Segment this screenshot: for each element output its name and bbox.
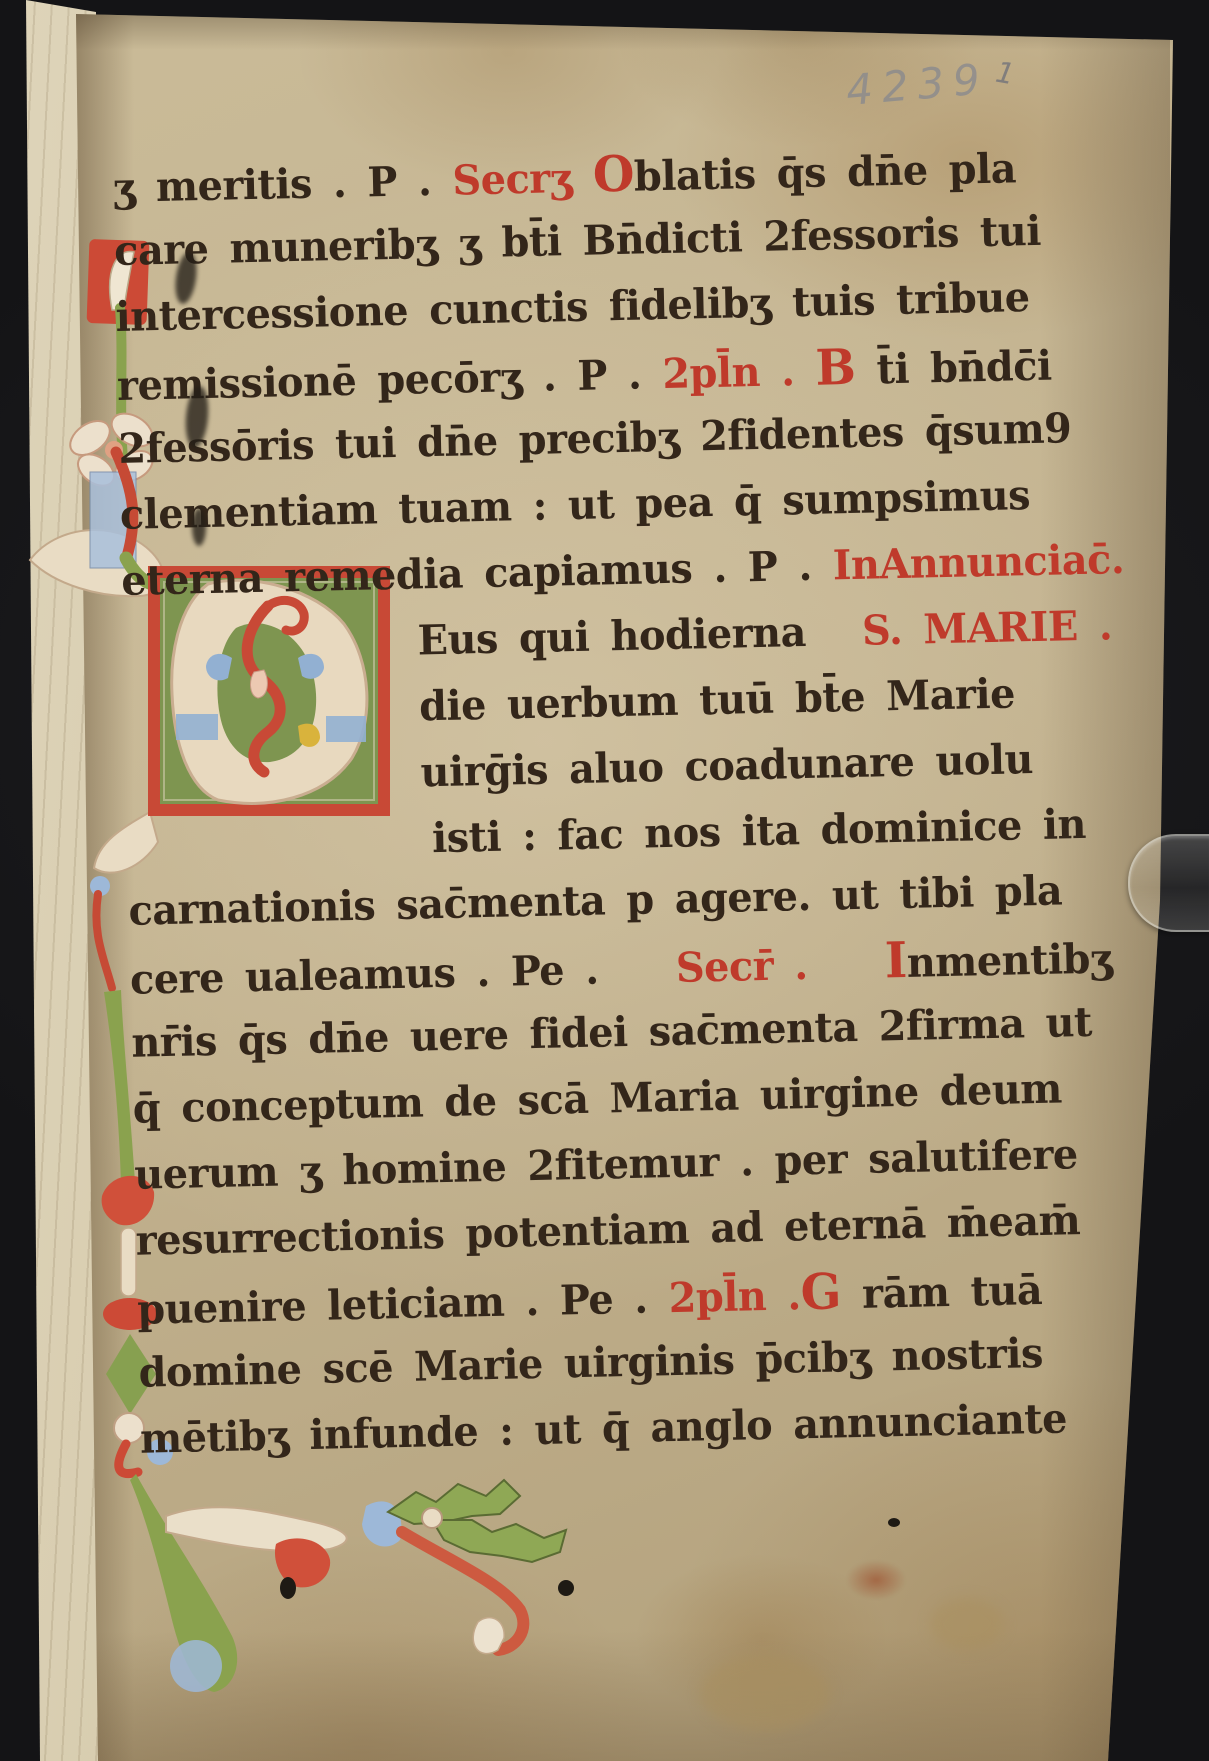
- text-segment: clementiam tuam : ut pea q̄ sumpsimus: [119, 471, 1030, 539]
- red-stain: [846, 1560, 906, 1600]
- text-segment: eterna remedia capiamus . P .: [121, 541, 834, 605]
- text-segment: ʒ meritis . P .: [112, 157, 453, 212]
- text-segment: intercessione cunctis fidelibʒ tuis trib…: [115, 273, 1030, 341]
- stain: [700, 1655, 830, 1731]
- ink-blot: [192, 508, 206, 546]
- text-segment: uirḡis aluo coadunare uolu: [420, 735, 1033, 796]
- rubric-segment: 2pl̄n .: [668, 1271, 801, 1322]
- ink-speck: [888, 1518, 900, 1527]
- text-segment: domine scē Marie uirginis p̄cibʒ nostris: [138, 1329, 1043, 1397]
- versal-initial: G: [800, 1262, 842, 1321]
- rubric-segment: Secrʒ: [452, 154, 593, 205]
- rubric-segment: 2pl̄n .: [662, 347, 816, 398]
- stain: [930, 1598, 1004, 1650]
- text-segment: nmentibʒ: [906, 934, 1112, 986]
- text-segment: cere ualeamus . Pe .: [130, 945, 621, 1004]
- text-segment: resurrectionis potentiam ad eternā m̄eam…: [135, 1196, 1080, 1265]
- rubric-segment: S. MARIE .: [862, 601, 1113, 654]
- rubric-segment: InAnnunciac̄.: [832, 535, 1124, 589]
- versal-initial: I: [884, 931, 907, 989]
- text-segment: rām tuā: [840, 1266, 1042, 1318]
- text-segment: uerum ʒ homine 2fitemur . per salutifere: [134, 1130, 1078, 1199]
- text-segment: care muneribʒ ʒ bt̄i Bn̄dicti 2fessoris …: [114, 207, 1042, 275]
- versal-initial: B: [815, 338, 856, 397]
- text-segment: Eus qui hodierna: [417, 608, 806, 664]
- page-bottom-shade: [0, 1631, 1209, 1761]
- photograph: 4239 1 ʒ meritis . P . Secrʒ Oblatis q̄s…: [0, 0, 1209, 1761]
- text-segment: die uerbum tuū bt̄e Marie: [419, 669, 1016, 730]
- text-segment: nr̄is q̄s dn̄e uere fidei sac̄menta 2fir…: [131, 998, 1092, 1067]
- text-segment: t̄i bn̄dc̄i: [855, 342, 1052, 394]
- text-segment: mētibʒ infunde : ut q̄ anglo annunciante: [140, 1394, 1068, 1462]
- text-segment: puenire leticiam . Pe .: [137, 1274, 670, 1334]
- versal-initial: O: [592, 145, 634, 204]
- text-segment: q̄ conceptum de scā Maria uirgine deum: [132, 1065, 1062, 1133]
- text-segment: blatis q̄s dn̄e pla: [633, 144, 1016, 200]
- text-block: ʒ meritis . P . Secrʒ Oblatis q̄s dn̄e p…: [112, 130, 1131, 1471]
- text-segment: 2fessōris tui dn̄e precibʒ 2fidentes q̄s…: [118, 404, 1072, 473]
- text-segment: isti : fac nos ita dominice in: [432, 800, 1087, 862]
- text-segment: carnationis sac̄menta p agere. ut tibi p…: [128, 866, 1063, 934]
- rubric-segment: Secr̄ .: [675, 941, 829, 992]
